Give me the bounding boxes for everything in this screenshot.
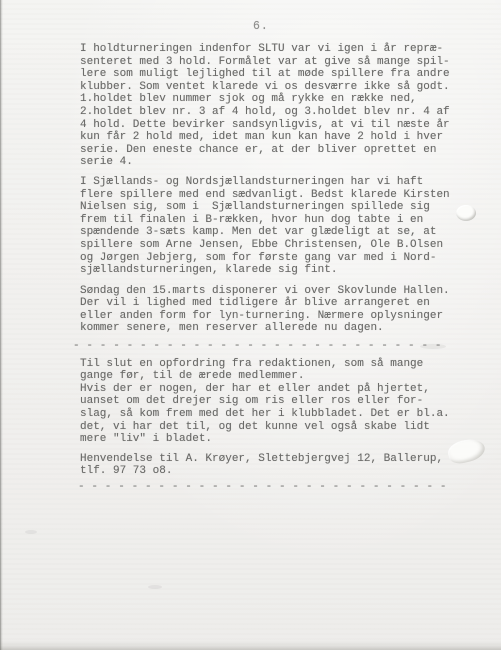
document-body: I holdturneringen indenfor SLTU var vi i… xyxy=(80,43,458,494)
paragraph-contact: Henvendelse til A. Krøyer, Slettebjergve… xyxy=(80,453,458,478)
scan-bottom-edge-shadow xyxy=(0,640,501,650)
paragraph-regional-tournament: I Sjællands- og Nordsjællandsturneringen… xyxy=(80,176,458,277)
paper-smudge xyxy=(25,530,37,534)
paper-smudge xyxy=(148,585,162,589)
paragraph-editorial-appeal: Til slut en opfordring fra redaktionen, … xyxy=(80,358,458,446)
scan-left-edge-shadow xyxy=(0,0,3,650)
scanned-page: 6. I holdturneringen indenfor SLTU var v… xyxy=(0,0,501,650)
dashed-separator-bottom: - - - - - - - - - - - - - - - - - - - - … xyxy=(78,481,458,494)
paragraph-skovlunde-hall: Søndag den 15.marts disponerer vi over S… xyxy=(80,285,458,335)
page-number: 6. xyxy=(253,20,269,33)
paper-smudge xyxy=(420,344,446,349)
paragraph-team-tournament: I holdturneringen indenfor SLTU var vi i… xyxy=(80,43,458,169)
paper-hole-artifact xyxy=(456,205,476,221)
dashed-separator-top: - - - - - - - - - - - - - - - - - - - - … xyxy=(73,340,458,353)
